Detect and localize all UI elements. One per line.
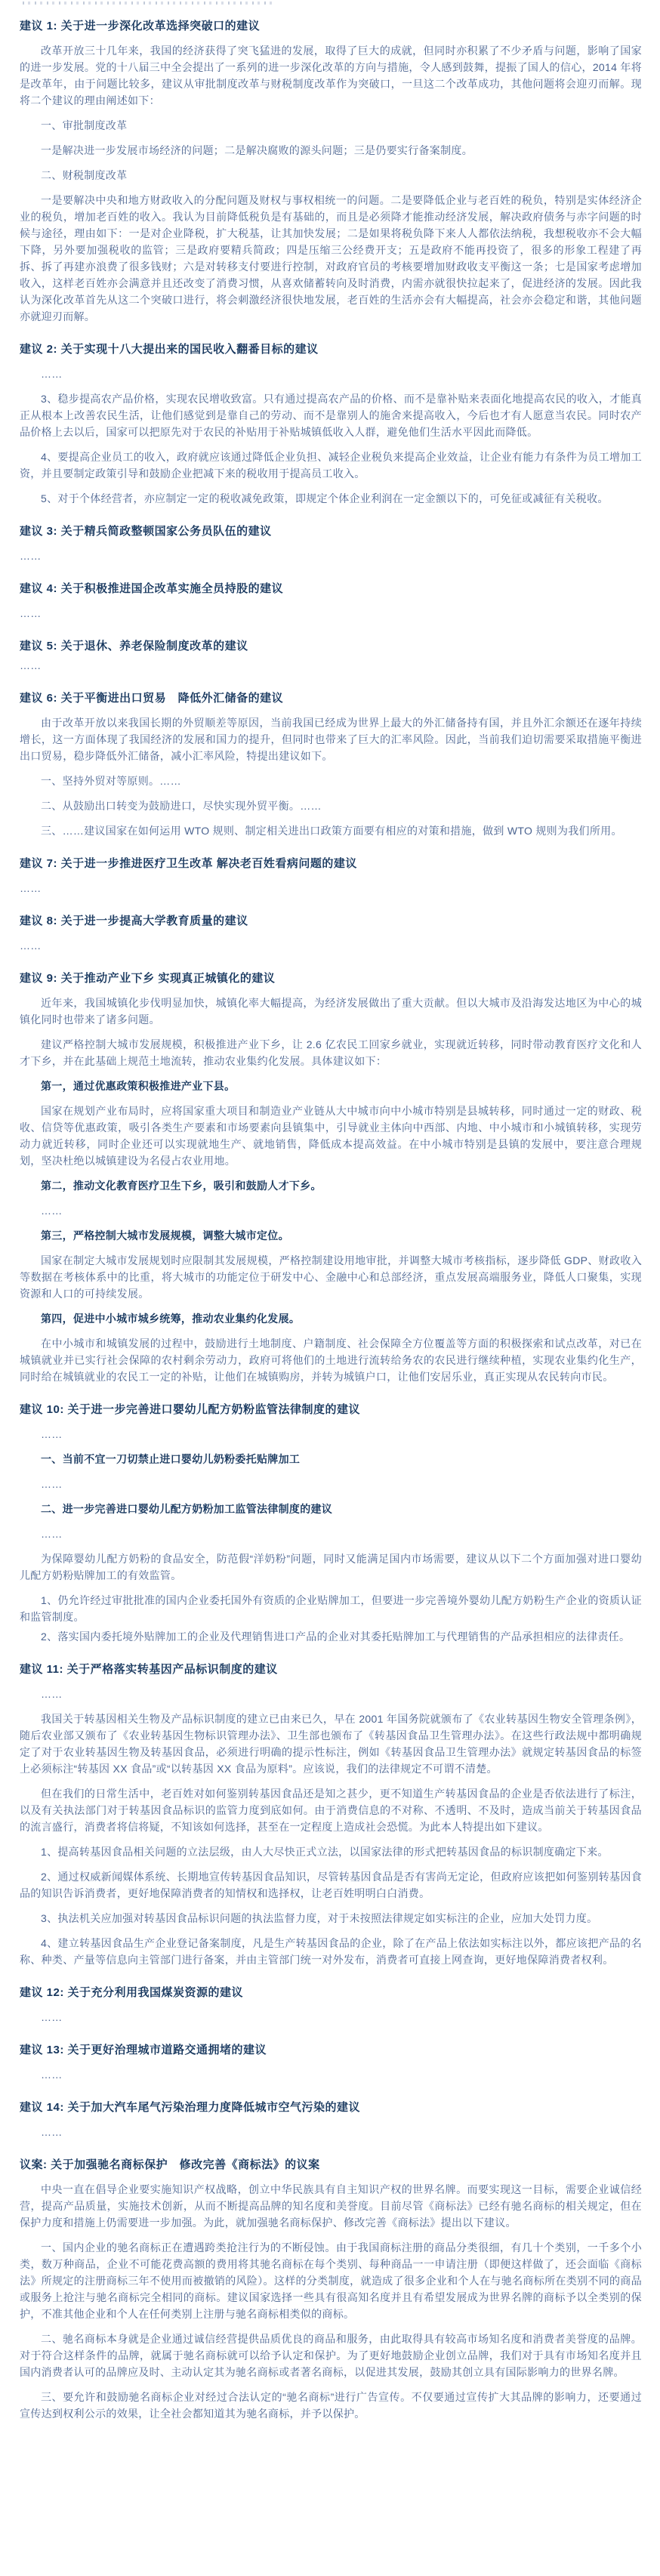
body-paragraph: 3、稳步提高农产品价格，实现农民增收致富。只有通过提高农产品的价格、而不是靠补贴… bbox=[20, 390, 642, 440]
ellipsis-placeholder: …… bbox=[20, 2124, 642, 2140]
body-paragraph: 5、对于个体经营者，亦应制定一定的税收减免政策，即规定个体企业利润在一定金额以下… bbox=[20, 490, 642, 507]
section-heading: 建议 10: 关于进一步完善进口婴幼儿配方奶粉监管法律制度的建议 bbox=[20, 1402, 642, 1418]
body-paragraph: 4、要提高企业员工的收入，政府就应该通过降低企业负担、减轻企业税负来提高企业效益… bbox=[20, 449, 642, 482]
body-paragraph: 三、……建议国家在如何运用 WTO 规则、制定相关进出口政策方面要有相应的对策和… bbox=[20, 822, 642, 839]
body-paragraph: 2、通过权威新闻媒体系统、长期地宣传转基因食品知识，尽管转基因食品是否有害尚无定… bbox=[20, 1868, 642, 1902]
body-paragraph: 三、要允许和鼓励驰名商标企业对经过合法认定的“驰名商标”进行广告宣传。不仅要通过… bbox=[20, 2389, 642, 2422]
ellipsis-placeholder: …… bbox=[20, 880, 642, 896]
body-paragraph: 二、从鼓励出口转变为鼓励进口，尽快实现外贸平衡。…… bbox=[20, 797, 642, 814]
section-heading: 建议 5: 关于退休、养老保险制度改革的建议 bbox=[20, 638, 642, 654]
body-paragraph: 国家在制定大城市发展规划时应限制其发展规模，严格控制建设用地审批，并调整大城市考… bbox=[20, 1252, 642, 1302]
section-heading: 议案: 关于加强驰名商标保护 修改完善《商标法》的议案 bbox=[20, 2157, 642, 2173]
section-heading: 建议 13: 关于更好治理城市道路交通拥堵的建议 bbox=[20, 2042, 642, 2058]
body-paragraph: 一是解决进一步发展市场经济的问题；二是解决腐败的源头问题；三是仍要实行备案制度。 bbox=[20, 142, 642, 159]
section-heading: 建议 3: 关于精兵简政整顿国家公务员队伍的建议 bbox=[20, 523, 642, 539]
ellipsis-placeholder: …… bbox=[20, 1202, 642, 1219]
body-paragraph: 为保障婴幼儿配方奶粉的食品安全，防范假“洋奶粉”问题，同时又能满足国内市场需要，… bbox=[20, 1550, 642, 1584]
body-paragraph: 二、财税制度改革 bbox=[20, 167, 642, 184]
body-paragraph: 改革开放三十几年来，我国的经济获得了突飞猛进的发展，取得了巨大的成就，但同时亦积… bbox=[20, 42, 642, 109]
section-heading: 建议 7: 关于进一步推进医疗卫生改革 解决老百姓看病问题的建议 bbox=[20, 856, 642, 872]
ellipsis-placeholder: …… bbox=[20, 937, 642, 954]
document-page: 建议 1: 关于进一步深化改革选择突破口的建议改革开放三十几年来，我国的经济获得… bbox=[0, 0, 660, 2576]
ellipsis-placeholder: …… bbox=[20, 2009, 642, 2025]
section-heading: 建议 8: 关于进一步提高大学教育质量的建议 bbox=[20, 913, 642, 929]
ellipsis-placeholder: …… bbox=[20, 1686, 642, 1702]
section-heading: 建议 1: 关于进一步深化改革选择突破口的建议 bbox=[20, 18, 642, 34]
body-paragraph: 3、执法机关应加强对转基因食品标识问题的执法监督力度，对于未按照法律规定如实标注… bbox=[20, 1910, 642, 1927]
sub-heading: 一、当前不宜一刀切禁止进口婴幼儿奶粉委托贴牌加工 bbox=[20, 1451, 642, 1467]
body-paragraph: 1、仍允许经过审批批准的国内企业委托国外有资质的企业贴牌加工，但要进一步完善境外… bbox=[20, 1592, 642, 1625]
section-heading: 建议 14: 关于加大汽车尾气污染治理力度降低城市空气污染的建议 bbox=[20, 2099, 642, 2115]
body-paragraph: 我国关于转基因相关生物及产品标识制度的建立已由来已久，早在 2001 年国务院就… bbox=[20, 1711, 642, 1777]
body-paragraph: 1、提高转基因食品相关问题的立法层级，由人大尽快正式立法，以国家法律的形式把转基… bbox=[20, 1843, 642, 1860]
sub-heading: 第二，推动文化教育医疗卫生下乡，吸引和鼓励人才下乡。 bbox=[20, 1177, 642, 1194]
ellipsis-placeholder: …… bbox=[20, 548, 642, 564]
ellipsis-placeholder: …… bbox=[20, 1476, 642, 1492]
section-heading: 建议 12: 关于充分利用我国煤炭资源的建议 bbox=[20, 1985, 642, 2001]
sub-heading: 第一，通过优惠政策积极推进产业下县。 bbox=[20, 1078, 642, 1094]
sub-heading: 第三，严格控制大城市发展规模，调整大城市定位。 bbox=[20, 1227, 642, 1244]
body-paragraph: 中央一直在倡导企业要实施知识产权战略，创立中华民族具有自主知识产权的世界名牌。而… bbox=[20, 2181, 642, 2231]
body-paragraph: 二、驰名商标本身就是企业通过诚信经营提供品质优良的商品和服务，由此取得具有较高市… bbox=[20, 2331, 642, 2380]
ellipsis-placeholder: …… bbox=[20, 2066, 642, 2083]
ellipsis-placeholder: …… bbox=[20, 605, 642, 622]
body-paragraph: 一、坚持外贸对等原则。…… bbox=[20, 773, 642, 789]
section-heading: 建议 4: 关于积极推进国企改革实施全员持股的建议 bbox=[20, 581, 642, 597]
document-body: 建议 1: 关于进一步深化改革选择突破口的建议改革开放三十几年来，我国的经济获得… bbox=[20, 8, 642, 2422]
body-paragraph: 近年来，我国城镇化步伐明显加快，城镇化率大幅提高，为经济发展做出了重大贡献。但以… bbox=[20, 995, 642, 1028]
section-heading: 建议 9: 关于推动产业下乡 实现真正城镇化的建议 bbox=[20, 970, 642, 986]
body-paragraph: 一、审批制度改革 bbox=[20, 117, 642, 134]
ellipsis-placeholder: …… bbox=[20, 1426, 642, 1442]
clipped-previous-line-remnant bbox=[23, 2, 272, 5]
body-paragraph: 在中小城市和城镇发展的过程中，鼓励进行土地制度、户籍制度、社会保障全方位覆盖等方… bbox=[20, 1335, 642, 1385]
ellipsis-placeholder: …… bbox=[20, 1526, 642, 1542]
ellipsis-placeholder: …… bbox=[20, 366, 642, 382]
body-paragraph: 4、建立转基因食品生产企业登记备案制度，凡是生产转基因食品的企业，除了在产品上依… bbox=[20, 1935, 642, 1968]
ellipsis-placeholder: …… bbox=[20, 657, 642, 674]
body-paragraph: 由于改革开放以来我国长期的外贸顺差等原因，当前我国已经成为世界上最大的外汇储备持… bbox=[20, 714, 642, 764]
section-heading: 建议 2: 关于实现十八大提出来的国民收入翻番目标的建议 bbox=[20, 341, 642, 357]
body-paragraph: 2、落实国内委托境外贴牌加工的企业及代理销售进口产品的企业对其委托贴牌加工与代理… bbox=[20, 1628, 642, 1645]
section-heading: 建议 6: 关于平衡进出口贸易 降低外汇储备的建议 bbox=[20, 690, 642, 706]
section-heading: 建议 11: 关于严格落实转基因产品标识制度的建议 bbox=[20, 1661, 642, 1677]
body-paragraph: 建议严格控制大城市发展规模，积极推进产业下乡，让 2.6 亿农民工回家乡就业，实… bbox=[20, 1036, 642, 1069]
body-paragraph: 一是要解决中央和地方财政收入的分配问题及财权与事权相统一的问题。二是要降低企业与… bbox=[20, 192, 642, 325]
body-paragraph: 一、国内企业的驰名商标正在遭遇跨类抢注行为的不断侵蚀。由于我国商标注册的商品分类… bbox=[20, 2239, 642, 2322]
sub-heading: 二、进一步完善进口婴幼儿配方奶粉加工监管法律制度的建议 bbox=[20, 1501, 642, 1517]
body-paragraph: 但在我们的日常生活中，老百姓对如何鉴别转基因食品还是知之甚少，更不知道生产转基因… bbox=[20, 1785, 642, 1835]
body-paragraph: 国家在规划产业布局时，应将国家重大项目和制造业产业链从大中城市向中小城市特别是县… bbox=[20, 1103, 642, 1169]
sub-heading: 第四，促进中小城市城乡统筹，推动农业集约化发展。 bbox=[20, 1310, 642, 1327]
